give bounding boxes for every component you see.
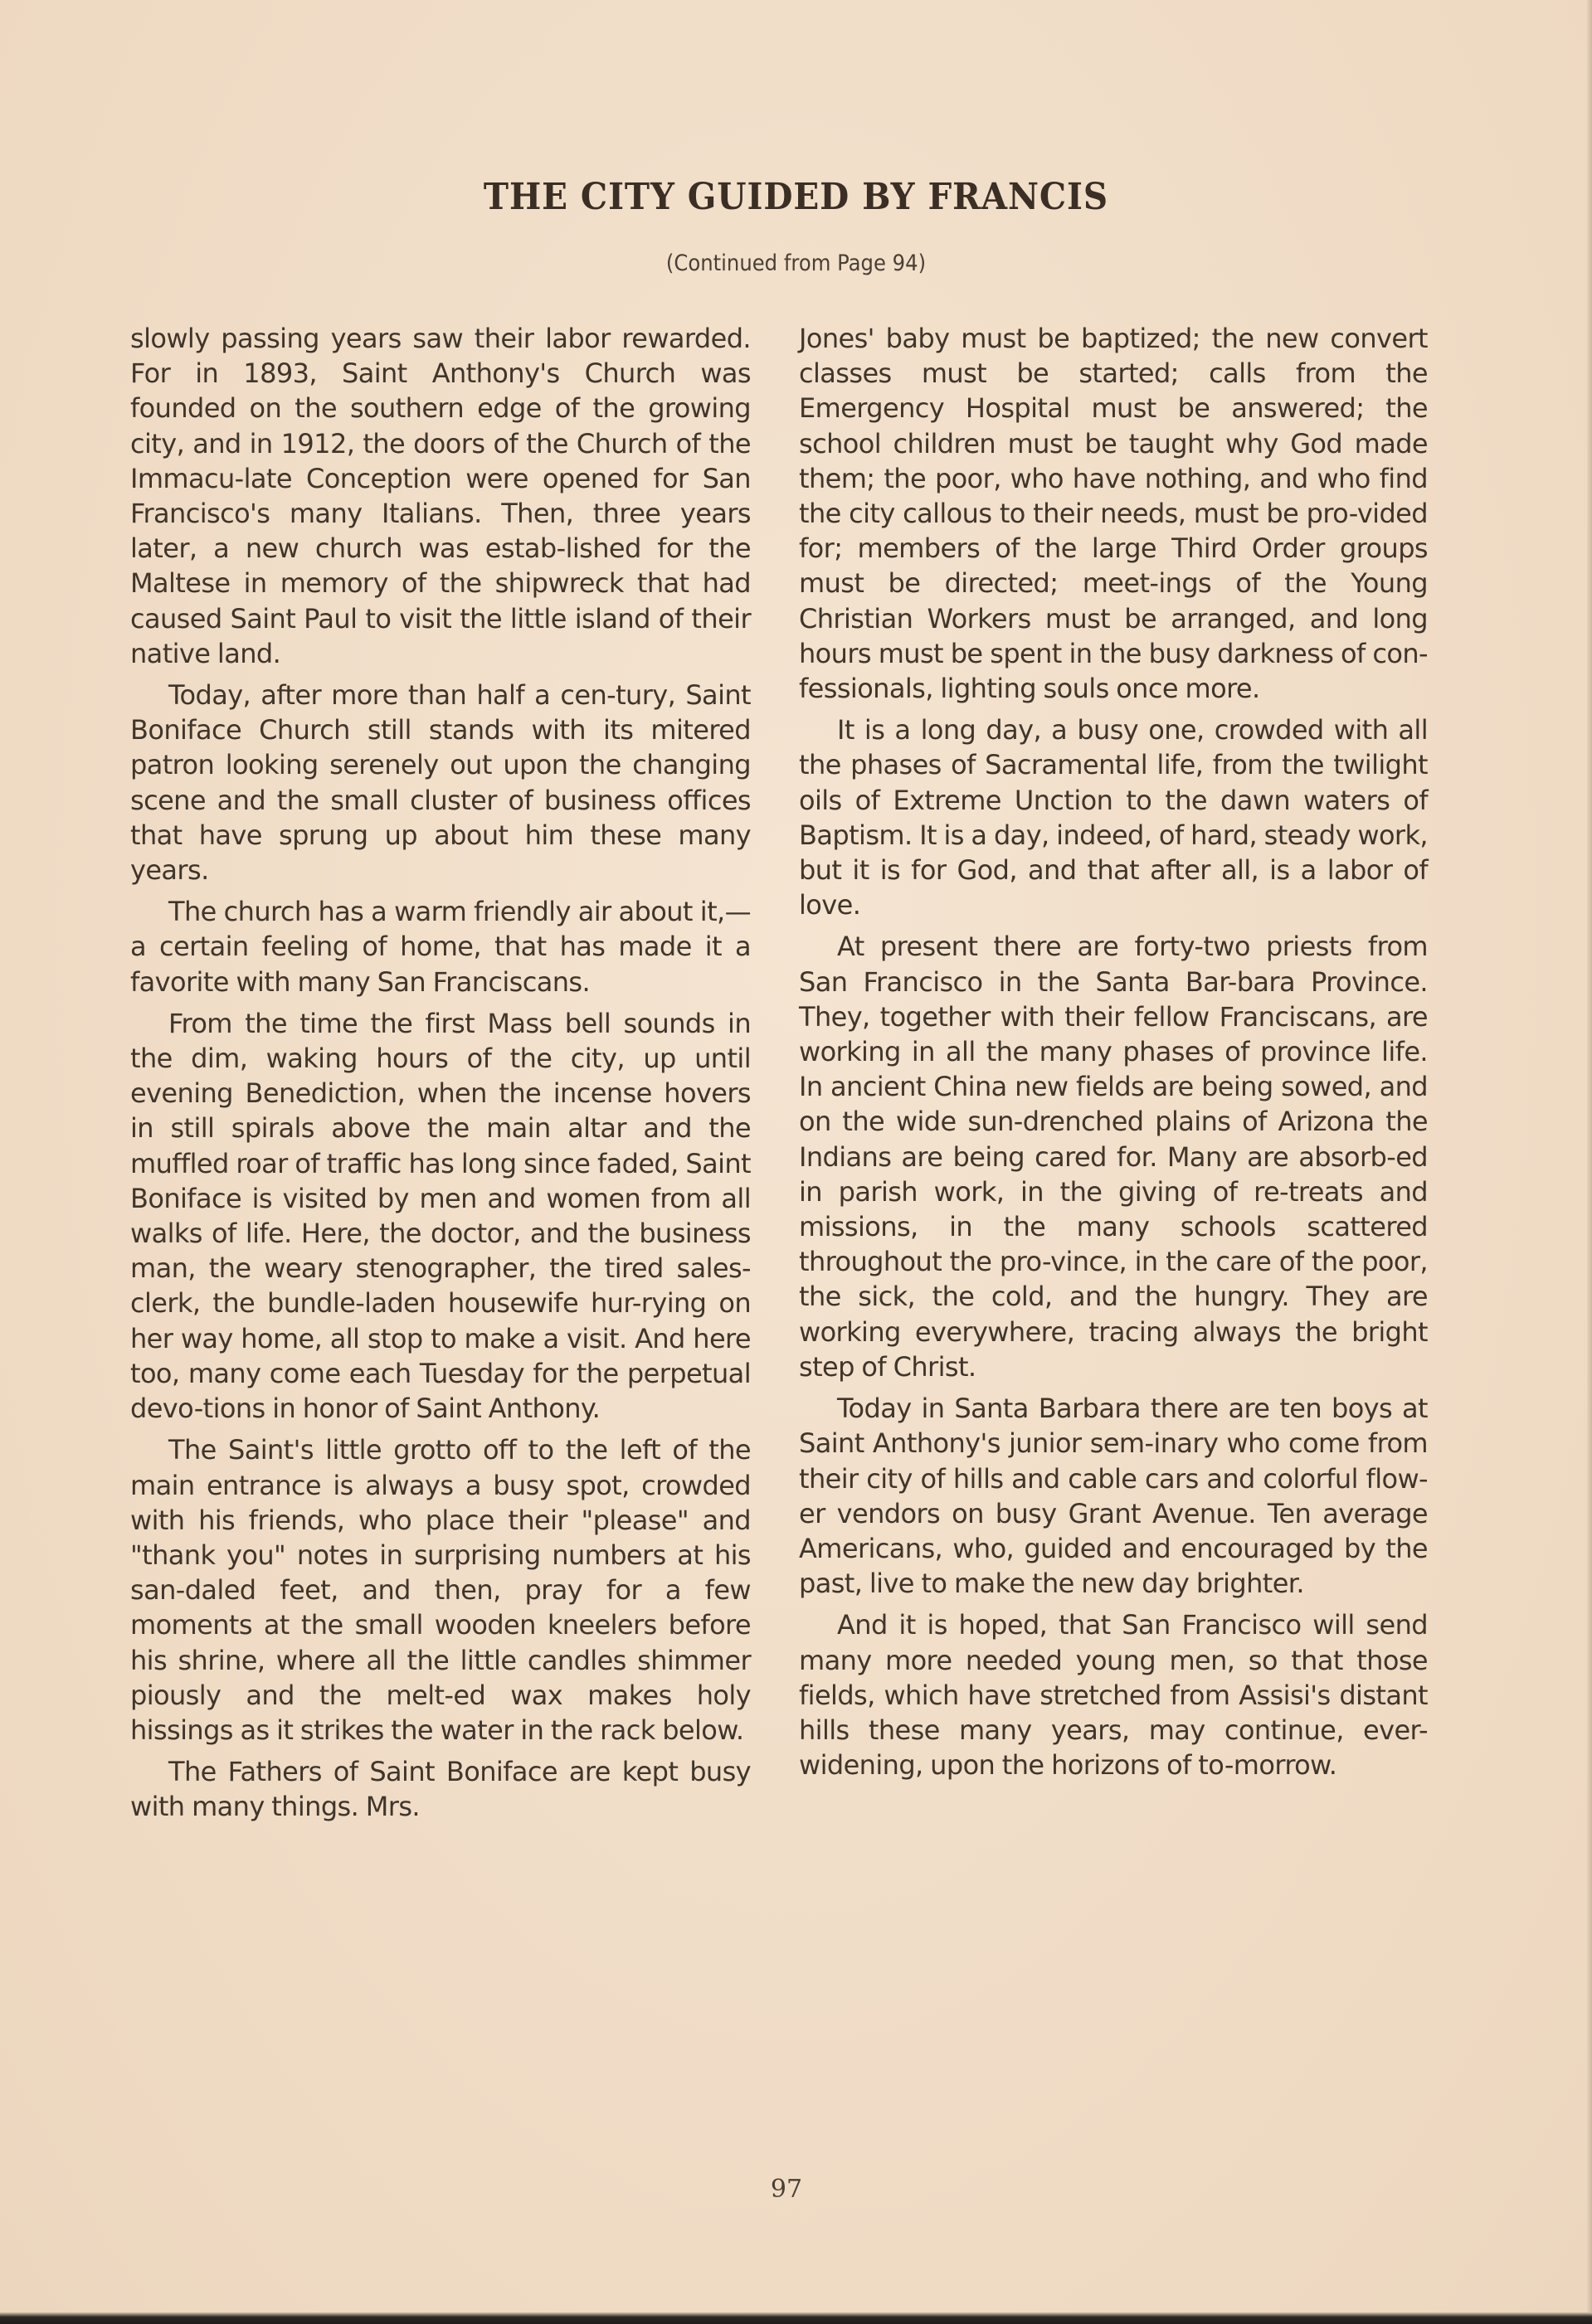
paragraph: It is a long day, a busy one, crowded wi… xyxy=(799,712,1428,922)
magazine-page: THE CITY GUIDED BY FRANCIS (Continued fr… xyxy=(0,0,1592,2314)
paragraph: At present there are forty-two priests f… xyxy=(799,929,1428,1384)
paragraph: Today, after more than half a cen-tury, … xyxy=(130,678,751,887)
paragraph: Today in Santa Barbara there are ten boy… xyxy=(799,1391,1428,1601)
paragraph: Jones' baby must be baptized; the new co… xyxy=(799,321,1428,706)
paragraph: The Saint's little grotto off to the lef… xyxy=(130,1432,751,1748)
page-edge-shadow xyxy=(1587,0,1592,2324)
right-column: Jones' baby must be baptized; the new co… xyxy=(799,321,1428,1789)
paragraph: From the time the first Mass bell sounds… xyxy=(130,1006,751,1426)
paragraph: slowly passing years saw their labor rew… xyxy=(130,321,751,671)
paragraph: The church has a warm friendly air about… xyxy=(130,894,751,999)
left-column: slowly passing years saw their labor rew… xyxy=(130,321,751,1831)
paragraph: The Fathers of Saint Boniface are kept b… xyxy=(130,1754,751,1824)
continuation-note: (Continued from Page 94) xyxy=(80,250,1512,276)
page-number: 97 xyxy=(762,2175,811,2204)
article-title: THE CITY GUIDED BY FRANCIS xyxy=(64,176,1528,218)
scan-bottom-edge xyxy=(0,2312,1592,2324)
paragraph: And it is hoped, that San Francisco will… xyxy=(799,1607,1428,1782)
